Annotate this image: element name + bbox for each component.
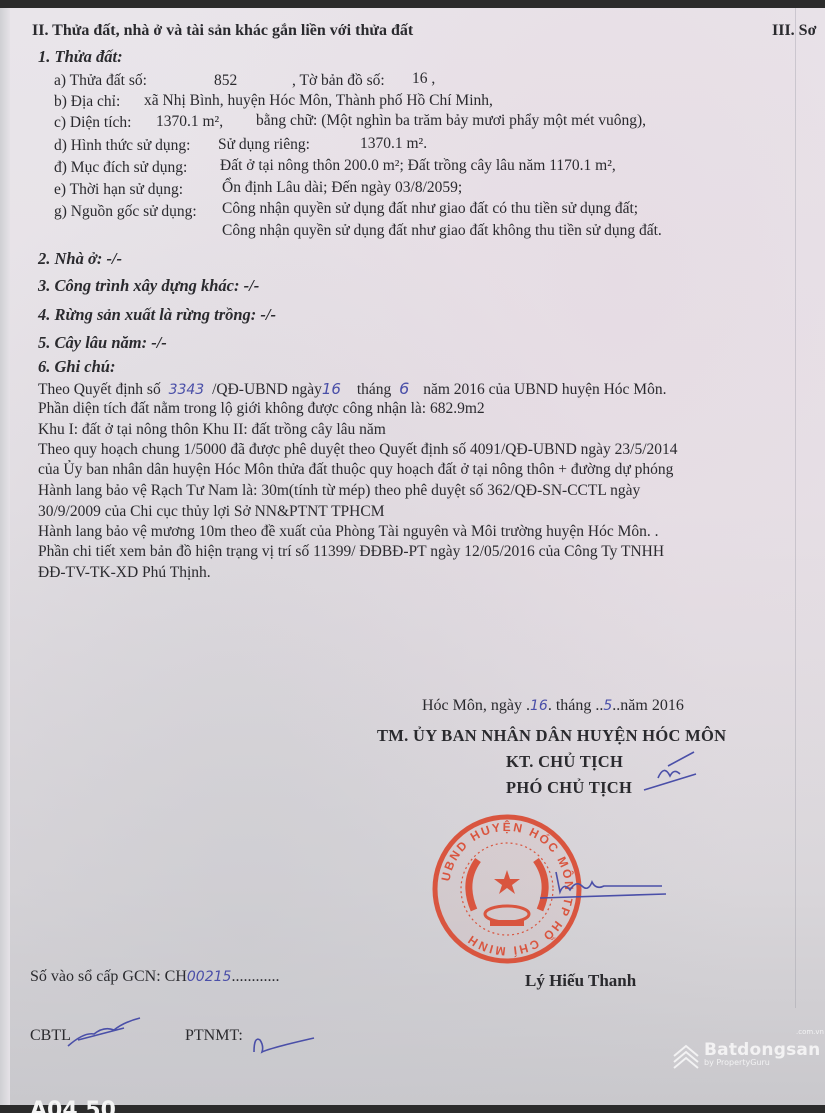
ptnmt-signature <box>250 1028 320 1058</box>
issuing-organization: TM. ỦY BAN NHÂN DÂN HUYỆN HÓC MÔN <box>377 727 726 745</box>
place-date: Hóc Môn, ngày .16. tháng ..5..năm 2016 <box>422 697 684 715</box>
sign-year: ..năm 2016 <box>612 697 684 714</box>
notes-line-7: 30/9/2009 của Chi cục thủy lợi Sở NN&PTN… <box>38 503 385 521</box>
section-title: II. Thửa đất, nhà ở và tài sản khác gắn … <box>32 22 413 40</box>
map-sheet-value: 16 , <box>412 70 435 88</box>
batdongsan-logo-icon <box>672 1044 700 1070</box>
watermark-domain: .com.vn <box>796 1028 824 1036</box>
usage-form-area: 1370.1 m². <box>360 135 427 153</box>
term-value: Ổn định Lâu dài; Đến ngày 03/8/2059; <box>222 179 462 197</box>
purpose-value: Đất ở tại nông thôn 200.0 m²; Đất trồng … <box>220 157 616 175</box>
signer-role-2: PHÓ CHỦ TỊCH <box>506 779 632 797</box>
house-section: 2. Nhà ở: -/- <box>38 250 122 268</box>
perennial-trees-section: 5. Cây lâu năm: -/- <box>38 334 167 352</box>
notes-line-8: Hành lang bảo vệ mương 10m theo đề xuất … <box>38 523 659 541</box>
address-label: b) Địa chỉ: <box>54 93 120 111</box>
area-label: c) Diện tích: <box>54 114 131 132</box>
notes-line-1: Theo Quyết định số 3343 /QĐ-UBND ngày16 … <box>38 380 666 399</box>
registry-label: Số vào sổ cấp GCN: CH <box>30 968 187 985</box>
next-section-fragment: III. Sơ <box>772 22 816 40</box>
notes-line-2: Phần diện tích đất nằm trong lộ giới khô… <box>38 400 485 418</box>
origin-value-2: Công nhận quyền sử dụng đất như giao đất… <box>222 222 662 240</box>
other-construction-section: 3. Công trình xây dựng khác: -/- <box>38 277 259 295</box>
sign-month-label: . tháng .. <box>548 697 604 714</box>
decision-prefix: Theo Quyết định số <box>38 381 161 398</box>
decision-number-handwritten: 3343 <box>169 382 205 398</box>
overlay-caption: A04 50 <box>30 1098 116 1113</box>
parcel-number-value: 852 <box>214 72 237 90</box>
notes-line-5: của Ủy ban nhân dân huyện Hóc Môn thửa đ… <box>38 461 673 479</box>
area-value: 1370.1 m², <box>156 113 223 131</box>
notes-line-6: Hành lang bảo vệ Rạch Tư Nam là: 30m(tín… <box>38 482 640 500</box>
sign-month-handwritten: 5 <box>603 698 612 714</box>
signer-name: Lý Hiếu Thanh <box>525 972 636 990</box>
notes-line-3: Khu I: đất ở tại nông thôn Khu II: đất t… <box>38 421 386 439</box>
term-label: e) Thời hạn sử dụng: <box>54 181 183 199</box>
decision-day-handwritten: 16 <box>322 380 341 398</box>
initial-signature <box>640 748 700 798</box>
paper-edge <box>0 8 10 1105</box>
ptnmt-label: PTNMT: <box>185 1027 243 1045</box>
decision-month-handwritten: 6 <box>399 379 409 398</box>
land-parcel-heading: 1. Thửa đất: <box>38 48 123 66</box>
notes-line-10: ĐĐ-TV-TK-XD Phú Thịnh. <box>38 564 211 582</box>
fold-line <box>795 8 796 1008</box>
place-date-prefix: Hóc Môn, ngày . <box>422 697 530 714</box>
watermark: .com.vn Batdongsan by PropertyGuru <box>672 1040 820 1067</box>
parcel-number-label: a) Thửa đất số: <box>54 72 147 90</box>
photo-bottom-edge <box>0 1105 825 1113</box>
watermark-brand: Batdongsan <box>704 1040 820 1060</box>
registry-dots: ............ <box>231 968 279 985</box>
purpose-label: đ) Mục đích sử dụng: <box>54 159 187 177</box>
cbtl-signature <box>64 1012 144 1052</box>
production-forest-section: 4. Rừng sản xuất là rừng trồng: -/- <box>38 306 276 324</box>
registry-line: Số vào sổ cấp GCN: CH00215............ <box>30 968 279 986</box>
signature <box>530 862 670 910</box>
notes-heading: 6. Ghi chú: <box>38 358 115 376</box>
notes-line-4: Theo quy hoạch chung 1/5000 đã được phê … <box>38 441 678 459</box>
origin-label: g) Nguồn gốc sử dụng: <box>54 203 197 221</box>
usage-form-value: Sử dụng riêng: <box>218 136 310 154</box>
sign-day-handwritten: 16 <box>530 698 548 714</box>
signer-role-1: KT. CHỦ TỊCH <box>506 753 623 771</box>
notes-line-9: Phần chi tiết xem bản đồ hiện trạng vị t… <box>38 543 664 561</box>
decision-mid: /QĐ-UBND ngày <box>212 381 322 398</box>
origin-value-1: Công nhận quyền sử dụng đất như giao đất… <box>222 200 638 218</box>
registry-number-handwritten: 00215 <box>187 969 232 985</box>
address-value: xã Nhị Bình, huyện Hóc Môn, Thành phố Hồ… <box>144 92 493 110</box>
map-sheet-label: , Tờ bản đồ số: <box>292 72 385 90</box>
usage-form-label: d) Hình thức sử dụng: <box>54 137 191 155</box>
area-in-words: bằng chữ: (Một nghìn ba trăm bảy mươi ph… <box>256 112 646 130</box>
decision-suffix: năm 2016 của UBND huyện Hóc Môn. <box>423 381 666 398</box>
decision-month-label: tháng <box>357 381 391 398</box>
